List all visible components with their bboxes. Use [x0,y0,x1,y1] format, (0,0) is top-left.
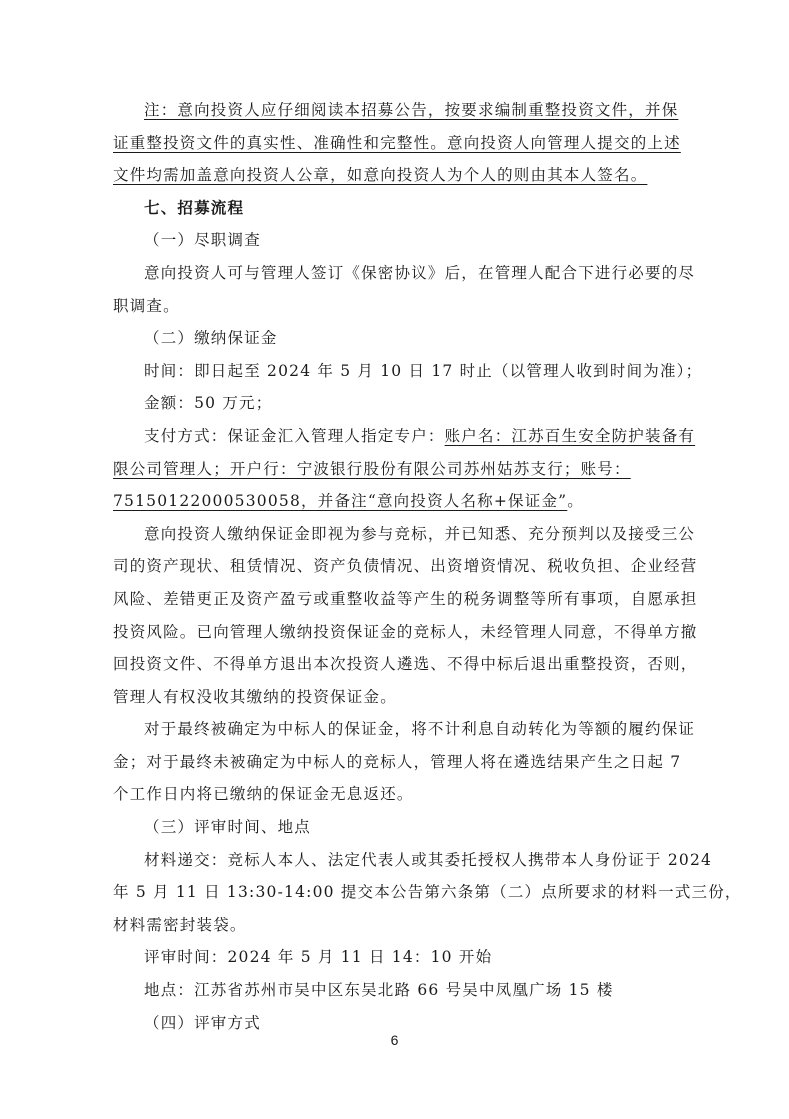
bank-info: 限公司管理人；开户行：宁波银行股份有限公司苏州姑苏支行；账号： [113,460,631,478]
note-line: 证重整投资文件的真实性、准确性和完整性。意向投资人向管理人提交的上述 [113,127,669,160]
note-text: 文件均需加盖意向投资人公章，如意向投资人为个人的则由其本人签名。 [113,166,647,184]
payment-method-line: 75150122000530058，并备注“意向投资人名称+保证金”。 [113,485,669,518]
paragraph-line: 金；对于最终未被确定为中标人的竞标人，管理人将在遴选结果产生之日起 7 [113,746,669,779]
note-text: 注：意向投资人应仔细阅读本招募公告，按要求编制重整投资文件，并保 [144,101,678,119]
deposit-amount: 金额：50 万元； [113,387,669,420]
account-number: 75150122000530058，并备注“意向投资人名称+保证金” [113,492,567,510]
review-location: 地点：江苏省苏州市吴中区东吴北路 66 号吴中凤凰广场 15 楼 [113,974,669,1007]
paragraph-line: 职调查。 [113,290,669,323]
document-page: 注：意向投资人应仔细阅读本招募公告，按要求编制重整投资文件，并保 证重整投资文件… [0,0,789,1119]
section-heading: 七、招募流程 [113,192,669,225]
note-text: 证重整投资文件的真实性、准确性和完整性。意向投资人向管理人提交的上述 [113,134,681,152]
paragraph-line: 材料递交：竞标人本人、法定代表人或其委托授权人携带本人身份证于 2024 [113,844,669,877]
page-number: 6 [0,1032,789,1048]
paragraph-line: 个工作日内将已缴纳的保证金无息返还。 [113,778,669,811]
payment-end: 。 [567,492,584,510]
paragraph-line: 意向投资人缴纳保证金即视为参与竞标，并已知悉、充分预判以及接受三公 [113,518,669,551]
paragraph-line: 意向投资人可与管理人签订《保密协议》后，在管理人配合下进行必要的尽 [113,257,669,290]
account-name: 账户名：江苏百生安全防护装备有 [445,427,696,445]
subsection-heading: （三）评审时间、地点 [113,811,669,844]
note-line: 文件均需加盖意向投资人公章，如意向投资人为个人的则由其本人签名。 [113,159,669,192]
subsection-heading: （二）缴纳保证金 [113,322,669,355]
deposit-time: 时间：即日起至 2024 年 5 月 10 日 17 时止（以管理人收到时间为准… [113,355,669,388]
paragraph-line: 投资风险。已向管理人缴纳投资保证金的竞标人，未经管理人同意，不得单方撤 [113,616,669,649]
document-body: 注：意向投资人应仔细阅读本招募公告，按要求编制重整投资文件，并保 证重整投资文件… [113,94,669,1039]
paragraph-line: 回投资文件、不得单方退出本次投资人遴选、不得中标后退出重整投资，否则， [113,648,669,681]
paragraph-line: 年 5 月 11 日 13:30-14:00 提交本公告第六条第（二）点所要求的… [113,876,669,909]
paragraph-line: 风险、差错更正及资产盈亏或重整收益等产生的税务调整等所有事项，自愿承担 [113,583,669,616]
payment-method-line: 限公司管理人；开户行：宁波银行股份有限公司苏州姑苏支行；账号： [113,453,669,486]
subsection-heading: （一）尽职调查 [113,224,669,257]
paragraph-line: 管理人有权没收其缴纳的投资保证金。 [113,681,669,714]
review-time: 评审时间：2024 年 5 月 11 日 14：10 开始 [113,941,669,974]
payment-method-line: 支付方式：保证金汇入管理人指定专户：账户名：江苏百生安全防护装备有 [113,420,669,453]
note-line: 注：意向投资人应仔细阅读本招募公告，按要求编制重整投资文件，并保 [113,94,669,127]
payment-prefix: 支付方式：保证金汇入管理人指定专户： [144,427,445,445]
paragraph-line: 材料需密封装袋。 [113,909,669,942]
paragraph-line: 司的资产现状、租赁情况、资产负债情况、出资增资情况、税收负担、企业经营 [113,550,669,583]
paragraph-line: 对于最终被确定为中标人的保证金，将不计利息自动转化为等额的履约保证 [113,713,669,746]
